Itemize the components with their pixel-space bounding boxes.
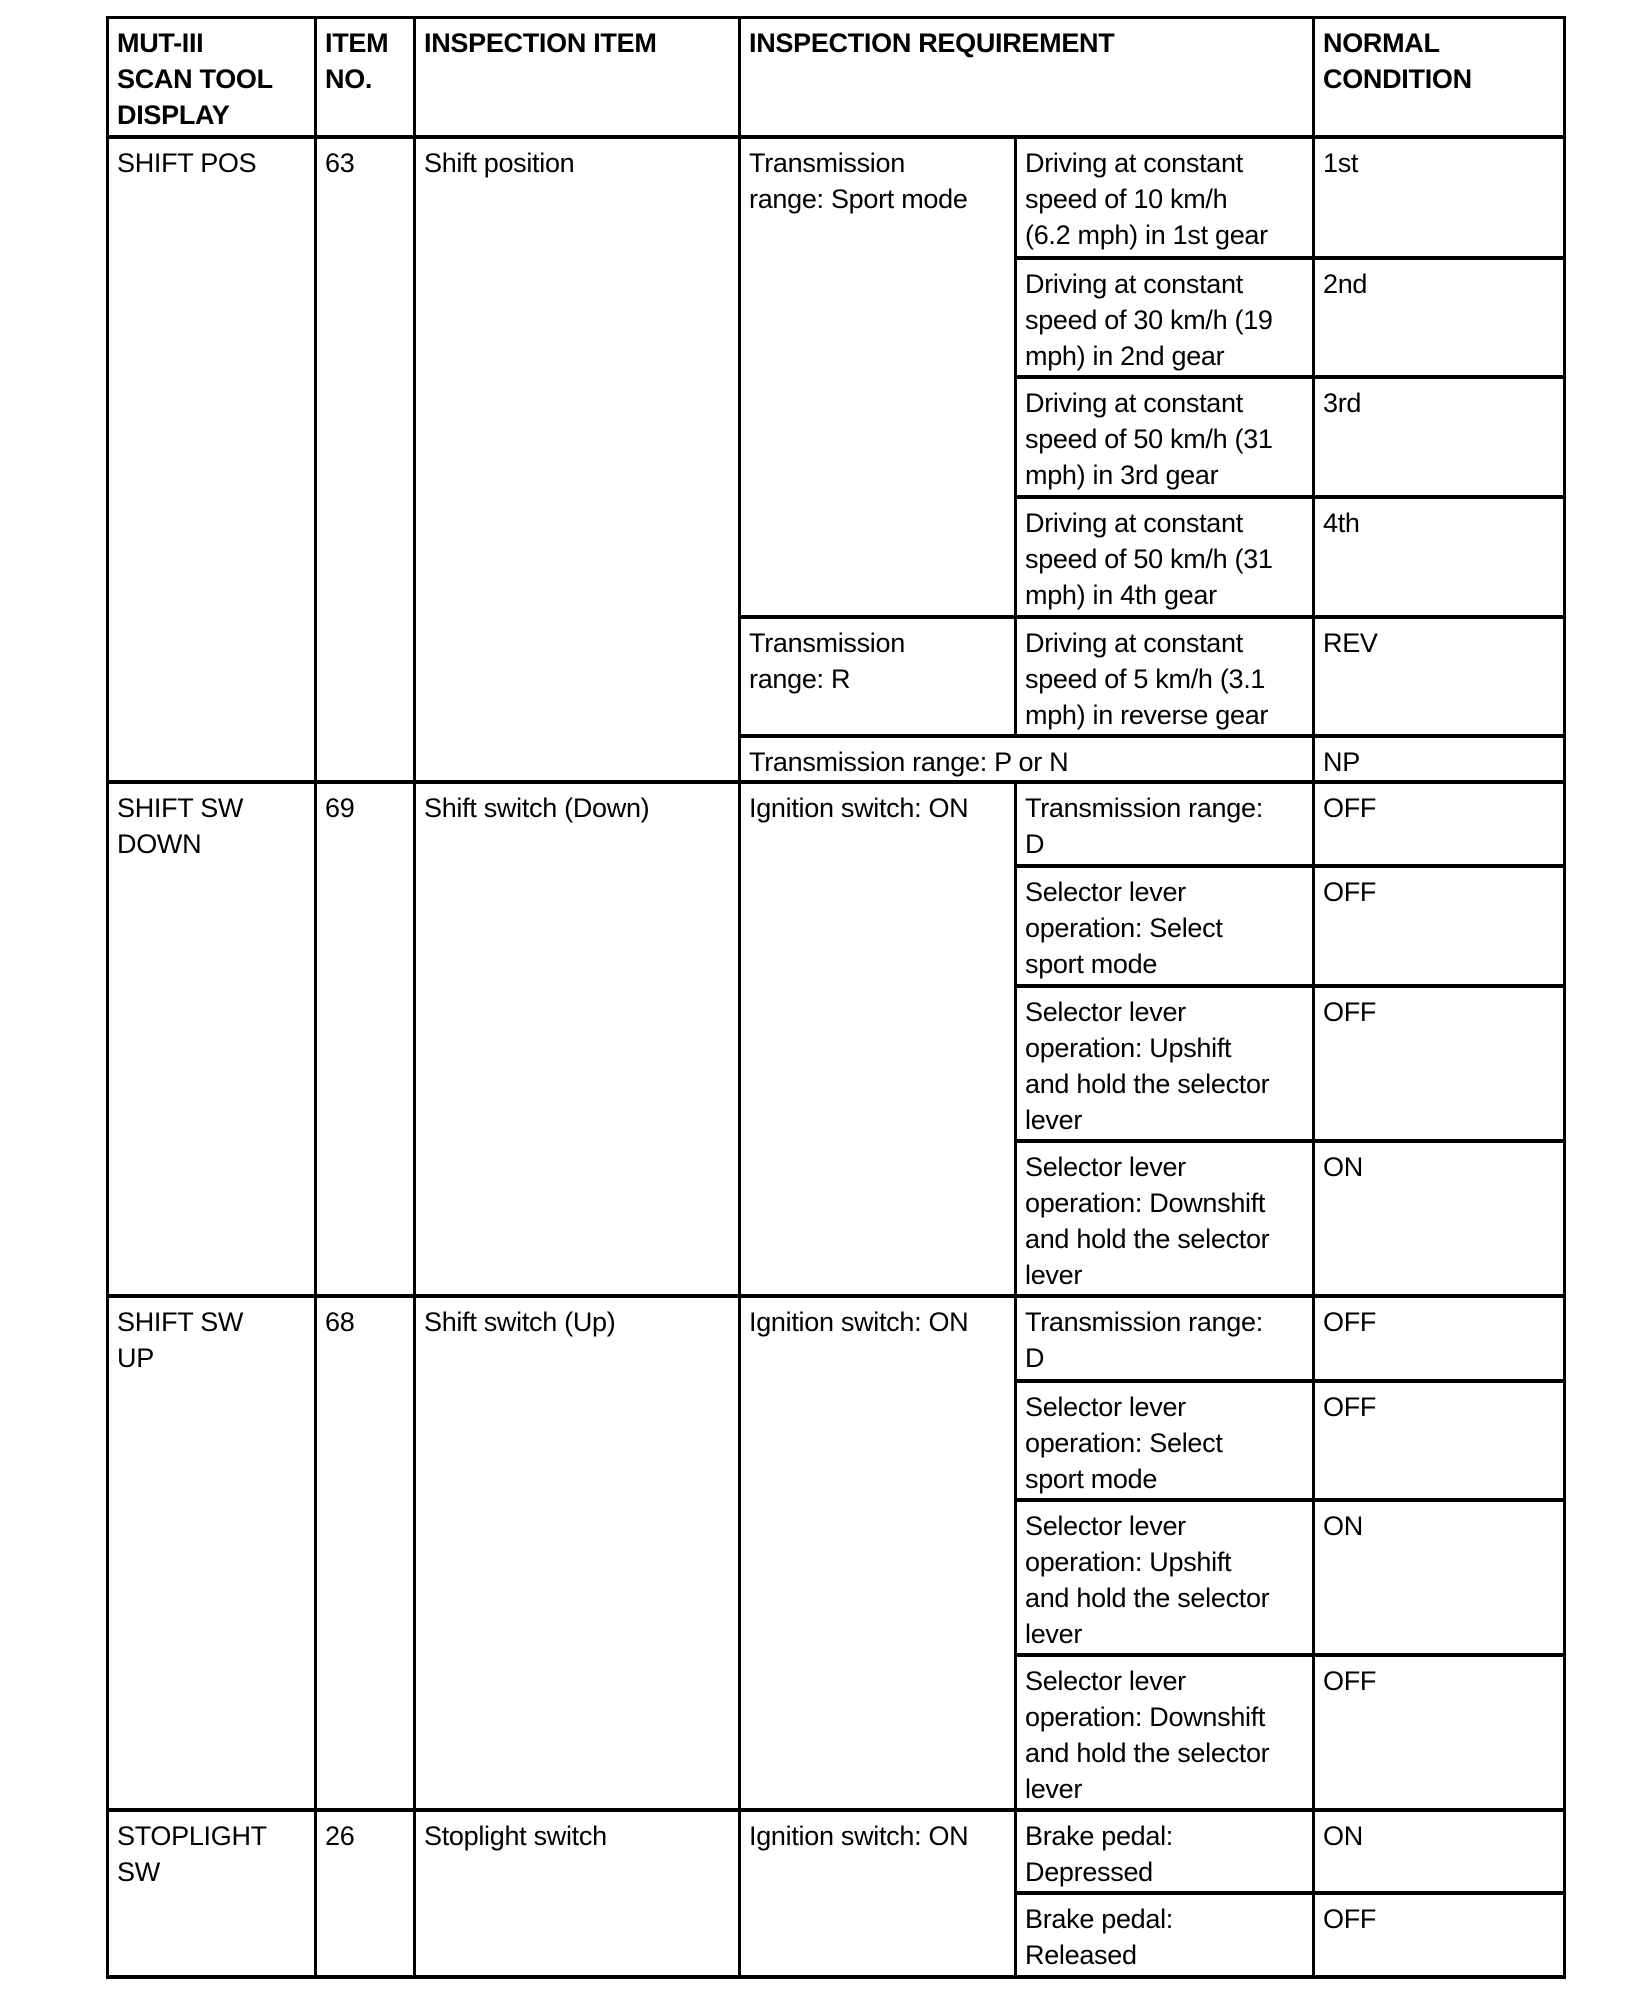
inspection-detail-cell: Brake pedal: Released — [1017, 1895, 1315, 1979]
scan-tool-display-cell: SHIFT SW UP — [109, 1298, 317, 1812]
inspection-condition-cell: Ignition switch: ON — [741, 1298, 1017, 1812]
normal-condition-cell: REV — [1315, 619, 1566, 738]
normal-condition-cell: OFF — [1315, 1895, 1566, 1979]
normal-condition-cell: ON — [1315, 1502, 1566, 1657]
inspection-detail-cell: Transmission range: D — [1017, 784, 1315, 868]
normal-condition-cell: ON — [1315, 1812, 1566, 1895]
item-no-cell: 26 — [317, 1812, 416, 1979]
inspection-item-cell: Shift position — [416, 139, 741, 784]
inspection-detail-cell: Driving at constant speed of 50 km/h (31… — [1017, 499, 1315, 619]
inspection-condition-cell: Transmission range: Sport mode — [741, 139, 1017, 619]
header-inspection-requirement: INSPECTION REQUIREMENT — [741, 19, 1315, 139]
normal-condition-cell: 2nd — [1315, 260, 1566, 379]
scan-tool-display-cell: SHIFT POS — [109, 139, 317, 784]
inspection-item-cell: Shift switch (Down) — [416, 784, 741, 1298]
normal-condition-cell: ON — [1315, 1143, 1566, 1298]
header-item-no: ITEM NO. — [317, 19, 416, 139]
normal-condition-cell: OFF — [1315, 1298, 1566, 1383]
normal-condition-cell: 1st — [1315, 139, 1566, 260]
header-scan-tool-display: MUT-III SCAN TOOL DISPLAY — [109, 19, 317, 139]
item-no-cell: 63 — [317, 139, 416, 784]
inspection-item-cell: Shift switch (Up) — [416, 1298, 741, 1812]
normal-condition-cell: 3rd — [1315, 379, 1566, 499]
normal-condition-cell: OFF — [1315, 988, 1566, 1143]
inspection-detail-cell: Driving at constant speed of 30 km/h (19… — [1017, 260, 1315, 379]
normal-condition-cell: NP — [1315, 738, 1566, 784]
normal-condition-cell: OFF — [1315, 1383, 1566, 1502]
normal-condition-cell: OFF — [1315, 868, 1566, 988]
inspection-detail-cell: Brake pedal: Depressed — [1017, 1812, 1315, 1895]
inspection-condition-cell: Transmission range: R — [741, 619, 1017, 738]
inspection-detail-cell: Transmission range: D — [1017, 1298, 1315, 1383]
item-no-cell: 68 — [317, 1298, 416, 1812]
inspection-detail-cell: Selector lever operation: Downshift and … — [1017, 1657, 1315, 1812]
item-no-cell: 69 — [317, 784, 416, 1298]
header-normal-condition: NORMAL CONDITION — [1315, 19, 1566, 139]
scan-tool-display-cell: STOPLIGHT SW — [109, 1812, 317, 1979]
inspection-item-cell: Stoplight switch — [416, 1812, 741, 1979]
normal-condition-cell: OFF — [1315, 1657, 1566, 1812]
inspection-detail-cell: Driving at constant speed of 5 km/h (3.1… — [1017, 619, 1315, 738]
inspection-condition-cell: Ignition switch: ON — [741, 784, 1017, 1298]
header-inspection-item: INSPECTION ITEM — [416, 19, 741, 139]
inspection-detail-cell: Selector lever operation: Upshift and ho… — [1017, 988, 1315, 1143]
inspection-detail-cell: Selector lever operation: Downshift and … — [1017, 1143, 1315, 1298]
inspection-requirement-cell: Transmission range: P or N — [741, 738, 1315, 784]
inspection-detail-cell: Driving at constant speed of 10 km/h (6.… — [1017, 139, 1315, 260]
scan-tool-display-cell: SHIFT SW DOWN — [109, 784, 317, 1298]
inspection-condition-cell: Ignition switch: ON — [741, 1812, 1017, 1979]
inspection-table: MUT-III SCAN TOOL DISPLAY ITEM NO. INSPE… — [106, 16, 1566, 1979]
inspection-detail-cell: Selector lever operation: Upshift and ho… — [1017, 1502, 1315, 1657]
normal-condition-cell: OFF — [1315, 784, 1566, 868]
inspection-detail-cell: Selector lever operation: Select sport m… — [1017, 1383, 1315, 1502]
normal-condition-cell: 4th — [1315, 499, 1566, 619]
inspection-detail-cell: Selector lever operation: Select sport m… — [1017, 868, 1315, 988]
inspection-detail-cell: Driving at constant speed of 50 km/h (31… — [1017, 379, 1315, 499]
